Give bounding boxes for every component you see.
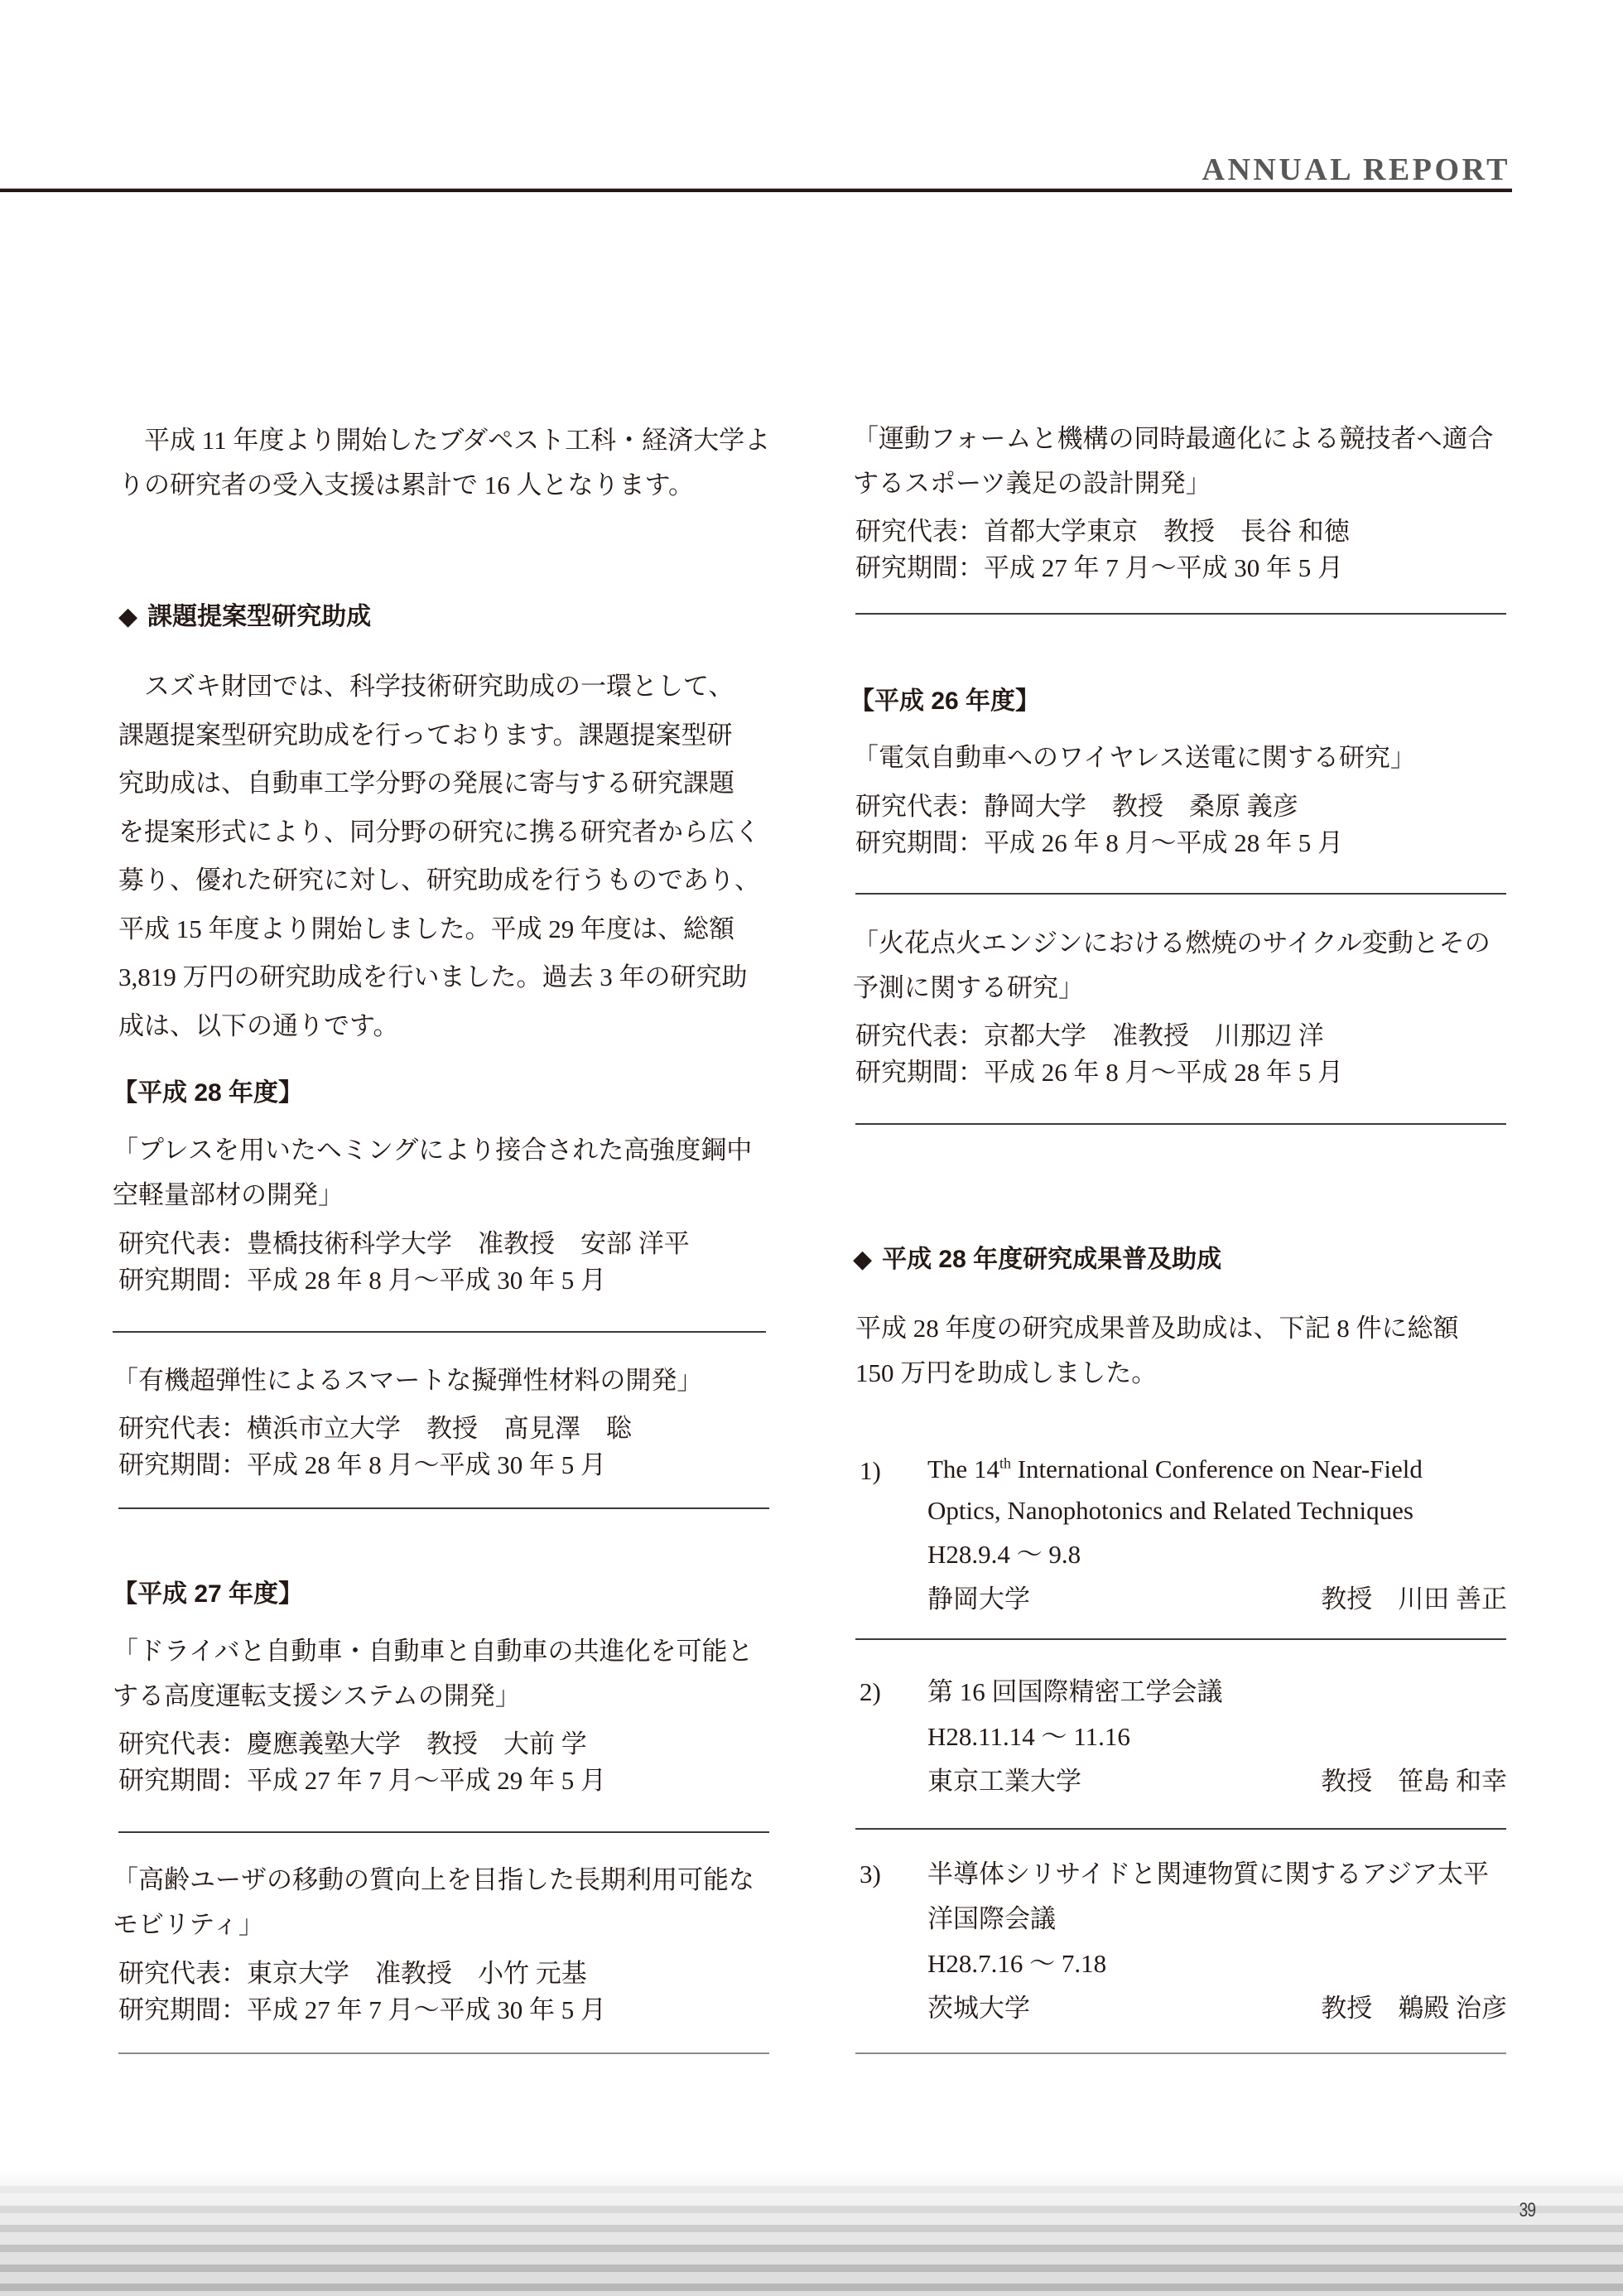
year-heading-h28: 【平成 28 年度】 [113, 1071, 303, 1116]
item-title-line: 洋国際会議 [927, 1897, 1507, 1941]
project-period: 研究期間：平成 27 年 7 月〜平成 30 年 5 月 [855, 550, 1350, 586]
paragraph-line: 募り、優れた研究に対し、研究助成を行うものであり、 [118, 856, 760, 905]
item-affiliation: 東京工業大学 教授 笹島 和幸 [927, 1759, 1507, 1804]
page-number: 39 [1519, 2199, 1535, 2222]
item-number: 2) [860, 1670, 881, 1715]
footer-stripe [0, 2193, 1623, 2206]
project-title-line: 「電気自動車へのワイヤレス送電に関する研究」 [853, 736, 1416, 780]
project-title-line: 「有機超弾性によるスマートな擬弾性材料の開発」 [113, 1358, 702, 1403]
section-heading-proposal-grants: ◆課題提案型研究助成 [118, 595, 371, 639]
divider [118, 2052, 769, 2054]
project-title: 「高齢ユーザの移動の質向上を目指した長期利用可能な モビリティ」 [113, 1858, 754, 1947]
item-person: 教授 鵜殿 治彦 [1321, 1986, 1507, 2031]
grant-item: 3) 半導体シリサイドと関連物質に関するアジア太平 洋国際会議 H28.7.16… [860, 1852, 1514, 2034]
section-heading-text: 平成 28 年度研究成果普及助成 [882, 1246, 1221, 1273]
project-title: 「ドライバと自動車・自動車と自動車の共進化を可能と する高度運転支援システムの開… [113, 1629, 753, 1719]
project-period: 研究期間：平成 28 年 8 月〜平成 30 年 5 月 [118, 1447, 632, 1483]
project-title-line: する高度運転支援システムの開発」 [113, 1674, 753, 1719]
footer-stripe [0, 2232, 1623, 2245]
project-representative: 研究代表：東京大学 准教授 小竹 元基 [118, 1956, 606, 1992]
divider [118, 1507, 769, 1509]
item-university: 静岡大学 [927, 1577, 1030, 1622]
paragraph-line: スズキ財団では、科学技術研究助成の一環として、 [118, 663, 760, 711]
paragraph-line: 150 万円を助成しました。 [855, 1351, 1459, 1396]
project-title: 「プレスを用いたヘミングにより接合された高強度鋼中 空軽量部材の開発」 [113, 1128, 752, 1218]
project-period: 研究期間：平成 27 年 7 月〜平成 29 年 5 月 [118, 1763, 606, 1799]
footer-stripe [0, 2213, 1623, 2226]
section-heading-dissemination-grants: ◆平成 28 年度研究成果普及助成 [853, 1237, 1221, 1282]
item-affiliation: 静岡大学 教授 川田 善正 [927, 1577, 1507, 1622]
intro-paragraph: 平成 11 年度より開始したブダペスト工科・経済大学よ りの研究者の受入支援は累… [118, 418, 770, 508]
project-title: 「火花点火エンジンにおける燃焼のサイクル変動とその 予測に関する研究」 [853, 921, 1491, 1011]
item-number: 3) [860, 1852, 881, 1897]
item-title-line: The 14th International Conference on Nea… [927, 1449, 1507, 1490]
divider [855, 613, 1506, 615]
divider [113, 1331, 766, 1333]
project-title-line: 「火花点火エンジンにおける燃焼のサイクル変動とその [853, 921, 1491, 966]
project-representative: 研究代表：横浜市立大学 教授 髙見澤 聡 [118, 1411, 632, 1447]
project-details: 研究代表：横浜市立大学 教授 髙見澤 聡 研究期間：平成 28 年 8 月〜平成… [118, 1411, 632, 1483]
intro-line: りの研究者の受入支援は累計で 16 人となります。 [118, 463, 770, 508]
project-representative: 研究代表：慶應義塾大学 教授 大前 学 [118, 1726, 606, 1763]
year-heading-h26: 【平成 26 年度】 [850, 679, 1040, 724]
ordinal-suffix: th [999, 1455, 1011, 1472]
project-details: 研究代表：豊橋技術科学大学 准教授 安部 洋平 研究期間：平成 28 年 8 月… [118, 1226, 690, 1299]
divider [855, 1638, 1506, 1640]
paragraph-line: 3,819 万円の研究助成を行いました。過去 3 年の研究助 [118, 953, 760, 1002]
year-heading-h27: 【平成 27 年度】 [113, 1572, 303, 1617]
item-number: 1) [860, 1449, 881, 1493]
project-period: 研究期間：平成 26 年 8 月〜平成 28 年 5 月 [855, 825, 1343, 861]
project-title: 「電気自動車へのワイヤレス送電に関する研究」 [853, 736, 1416, 780]
footer-stripe [0, 2186, 1623, 2193]
footer-stripe [0, 2284, 1623, 2291]
footer-stripe [0, 2245, 1623, 2252]
project-period: 研究期間：平成 27 年 7 月〜平成 30 年 5 月 [118, 1992, 606, 2028]
running-header-title: ANNUAL REPORT [1202, 152, 1510, 188]
item-affiliation: 茨城大学 教授 鵜殿 治彦 [927, 1986, 1507, 2031]
project-title-line: 「プレスを用いたヘミングにより接合された高強度鋼中 [113, 1128, 752, 1173]
project-representative: 研究代表：静岡大学 教授 桑原 義彦 [855, 789, 1343, 825]
project-period: 研究期間：平成 28 年 8 月〜平成 30 年 5 月 [118, 1262, 690, 1299]
section-paragraph: 平成 28 年度の研究成果普及助成は、下記 8 件に総額 150 万円を助成しま… [855, 1306, 1459, 1396]
diamond-bullet-icon: ◆ [853, 1237, 872, 1282]
project-details: 研究代表：東京大学 准教授 小竹 元基 研究期間：平成 27 年 7 月〜平成 … [118, 1956, 606, 2028]
item-title-part: International Conference on Near-Field [1011, 1454, 1423, 1483]
project-title-line: モビリティ」 [113, 1903, 754, 1947]
item-title-line: Optics, Nanophotonics and Related Techni… [927, 1490, 1507, 1531]
project-details: 研究代表：慶應義塾大学 教授 大前 学 研究期間：平成 27 年 7 月〜平成 … [118, 1726, 606, 1799]
project-details: 研究代表：首都大学東京 教授 長谷 和徳 研究期間：平成 27 年 7 月〜平成… [855, 514, 1350, 586]
grant-item: 2) 第 16 回国際精密工学会議 H28.11.14 〜 11.16 東京工業… [860, 1670, 1514, 1811]
footer-stripe [0, 2291, 1623, 2296]
item-title-line: 半導体シリサイドと関連物質に関するアジア太平 [927, 1852, 1507, 1897]
divider [855, 2052, 1506, 2054]
divider [118, 1831, 769, 1833]
item-dates: H28.9.4 〜 9.8 [927, 1531, 1507, 1577]
item-dates: H28.7.16 〜 7.18 [927, 1941, 1507, 1986]
grant-item: 1) The 14th International Conference on … [860, 1449, 1514, 1631]
divider [855, 1828, 1506, 1830]
header-rule [0, 188, 1512, 192]
item-university: 茨城大学 [927, 1986, 1030, 2031]
project-title-line: 「ドライバと自動車・自動車と自動車の共進化を可能と [113, 1629, 753, 1674]
project-title-line: 「運動フォームと機構の同時最適化による競技者へ適合 [853, 417, 1493, 461]
footer-stripe [0, 2252, 1623, 2265]
section-paragraph: スズキ財団では、科学技術研究助成の一環として、 課題提案型研究助成を行っておりま… [118, 663, 760, 1050]
project-title: 「有機超弾性によるスマートな擬弾性材料の開発」 [113, 1358, 702, 1403]
project-details: 研究代表：静岡大学 教授 桑原 義彦 研究期間：平成 26 年 8 月〜平成 2… [855, 789, 1343, 861]
project-period: 研究期間：平成 26 年 8 月〜平成 28 年 5 月 [855, 1054, 1343, 1091]
paragraph-line: 平成 15 年度より開始しました。平成 29 年度は、総額 [118, 905, 760, 954]
project-details: 研究代表：京都大学 准教授 川那辺 洋 研究期間：平成 26 年 8 月〜平成 … [855, 1018, 1343, 1091]
diamond-bullet-icon: ◆ [118, 595, 137, 639]
footer-stripe-band [0, 2120, 1623, 2296]
paragraph-line: 成は、以下の通りです。 [118, 1002, 760, 1051]
paragraph-line: を提案形式により、同分野の研究に携る研究者から広く [118, 808, 760, 857]
project-representative: 研究代表：京都大学 准教授 川那辺 洋 [855, 1018, 1343, 1054]
project-title-line: 空軽量部材の開発」 [113, 1173, 752, 1218]
project-representative: 研究代表：豊橋技術科学大学 准教授 安部 洋平 [118, 1226, 690, 1262]
footer-stripe [0, 2225, 1623, 2232]
item-title-part: The 14 [927, 1454, 999, 1483]
paragraph-line: 平成 28 年度の研究成果普及助成は、下記 8 件に総額 [855, 1306, 1459, 1351]
paragraph-line: 究助成は、自動車工学分野の発展に寄与する研究課題 [118, 760, 760, 808]
project-representative: 研究代表：首都大学東京 教授 長谷 和徳 [855, 514, 1350, 550]
item-person: 教授 笹島 和幸 [1321, 1759, 1507, 1804]
project-title-line: するスポーツ義足の設計開発」 [853, 461, 1493, 506]
project-title-line: 「高齢ユーザの移動の質向上を目指した長期利用可能な [113, 1858, 754, 1903]
paragraph-line: 課題提案型研究助成を行っております。課題提案型研 [118, 711, 760, 760]
item-title-line: 第 16 回国際精密工学会議 [927, 1670, 1507, 1715]
footer-stripe [0, 2272, 1623, 2284]
item-university: 東京工業大学 [927, 1759, 1081, 1804]
project-title-line: 予測に関する研究」 [853, 966, 1491, 1011]
project-title: 「運動フォームと機構の同時最適化による競技者へ適合 するスポーツ義足の設計開発」 [853, 417, 1493, 506]
divider [855, 893, 1506, 895]
footer-stripe [0, 2206, 1623, 2213]
section-heading-text: 課題提案型研究助成 [147, 603, 371, 630]
item-dates: H28.11.14 〜 11.16 [927, 1715, 1507, 1759]
footer-stripe [0, 2265, 1623, 2272]
item-person: 教授 川田 善正 [1321, 1577, 1507, 1622]
divider [855, 1123, 1506, 1125]
intro-line: 平成 11 年度より開始したブダペスト工科・経済大学よ [118, 418, 770, 463]
